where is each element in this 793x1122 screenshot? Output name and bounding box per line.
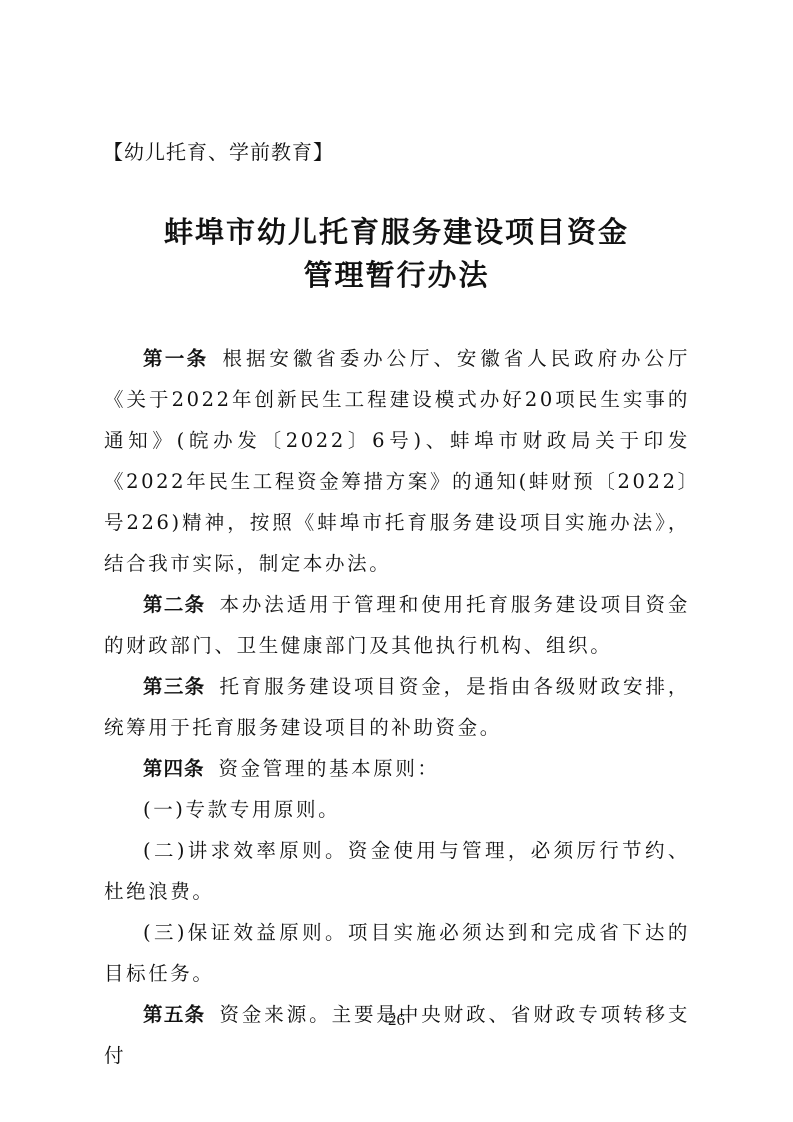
principle-2: (二)讲求效率原则。资金使用与管理，必须厉行节约、杜绝浪费。 (104, 830, 690, 912)
principle-1: (一)专款专用原则。 (104, 789, 690, 830)
article-label: 第二条 (143, 593, 205, 616)
article-label: 第一条 (143, 347, 209, 370)
principle-3: (三)保证效益原则。项目实施必须达到和完成省下达的目标任务。 (104, 912, 690, 994)
article-text: 根据安徽省委办公厅、安徽省人民政府办公厅《关于2022年创新民生工程建设模式办好… (104, 347, 690, 575)
document-title-line-1: 蚌埠市幼儿托育服务建设项目资金 (0, 210, 793, 251)
article-label: 第四条 (143, 757, 205, 780)
page-number: 26 (0, 1010, 793, 1030)
section-tag: 【幼儿托育、学前教育】 (103, 136, 334, 165)
principle-text: (二)讲求效率原则。资金使用与管理，必须厉行节约、杜绝浪费。 (104, 839, 690, 903)
article-5: 第五条资金来源。主要是中央财政、省财政专项转移支付 (104, 994, 690, 1076)
document-title-line-2: 管理暂行办法 (0, 253, 793, 294)
article-4: 第四条资金管理的基本原则： (104, 748, 690, 789)
article-3: 第三条托育服务建设项目资金，是指由各级财政安排，统筹用于托育服务建设项目的补助资… (104, 666, 690, 748)
article-text: 资金管理的基本原则： (219, 757, 440, 780)
article-label: 第三条 (143, 675, 205, 698)
document-body: 第一条根据安徽省委办公厅、安徽省人民政府办公厅《关于2022年创新民生工程建设模… (104, 338, 690, 1076)
article-1: 第一条根据安徽省委办公厅、安徽省人民政府办公厅《关于2022年创新民生工程建设模… (104, 338, 690, 584)
principle-text: (一)专款专用原则。 (143, 798, 340, 821)
article-2: 第二条本办法适用于管理和使用托育服务建设项目资金的财政部门、卫生健康部门及其他执… (104, 584, 690, 666)
principle-text: (三)保证效益原则。项目实施必须达到和完成省下达的目标任务。 (104, 921, 690, 985)
